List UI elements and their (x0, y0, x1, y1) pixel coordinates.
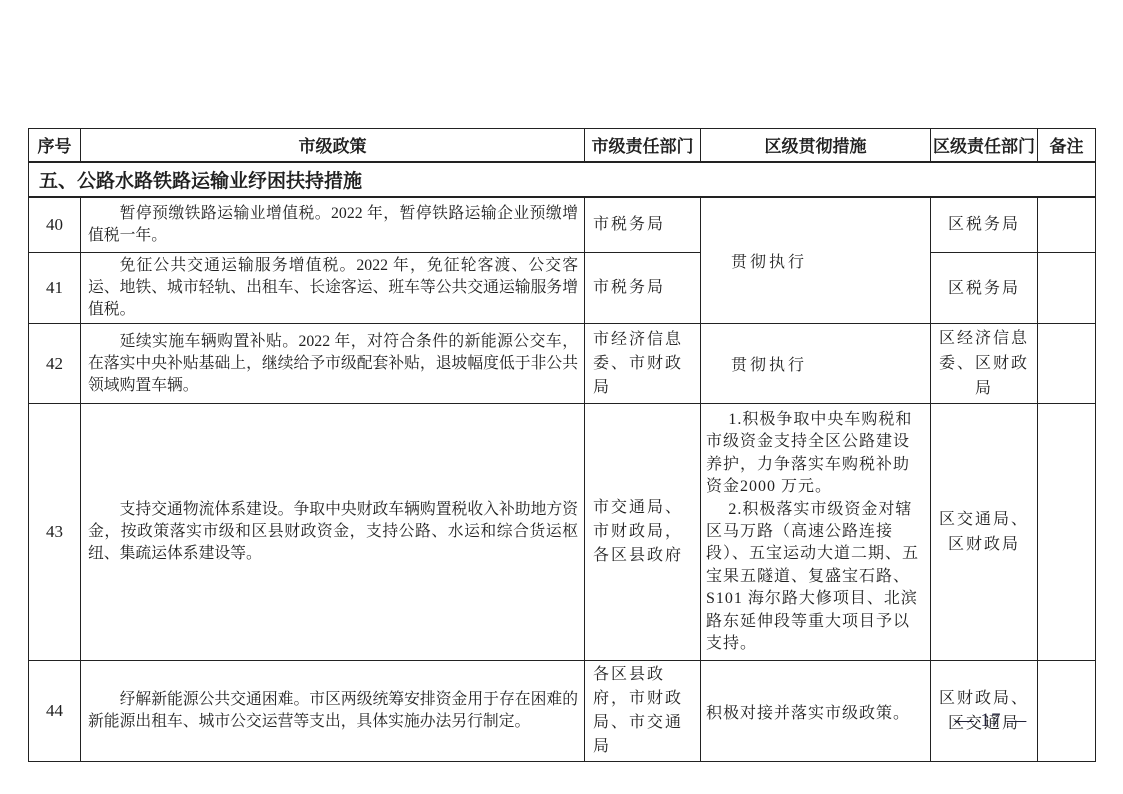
col-header-district-dept: 区级责任部门 (931, 129, 1038, 162)
serial-cell: 41 (29, 253, 81, 324)
remark-cell (1038, 324, 1096, 404)
policy-cell: 免征公共交通运输服务增值税。2022 年，免征轮客渡、公交客运、地铁、城市轻轨、… (81, 253, 585, 324)
col-header-city-dept: 市级责任部门 (585, 129, 701, 162)
policy-cell: 支持交通物流体系建设。争取中央财政车辆购置税收入补助地方资金，按政策落实市级和区… (81, 404, 585, 661)
district-measure-item-2: 2.积极落实市级资金对辖区马万路（高速公路连接段）、五宝运动大道二期、五宝果五隧… (706, 499, 926, 656)
district-measure-cell: 1.积极争取中央车购税和市级资金支持全区公路建设养护，力争落实车购税补助资金20… (701, 404, 931, 661)
policy-cell: 暂停预缴铁路运输业增值税。2022 年，暂停铁路运输企业预缴增值税一年。 (81, 197, 585, 253)
remark-cell (1038, 253, 1096, 324)
policy-table: 序号 市级政策 市级责任部门 区级贯彻措施 区级责任部门 备注 五、公路水路铁路… (28, 128, 1096, 762)
remark-cell (1038, 404, 1096, 661)
col-header-district-measure: 区级贯彻措施 (701, 129, 931, 162)
table-row-40: 40 暂停预缴铁路运输业增值税。2022 年，暂停铁路运输企业预缴增值税一年。 … (29, 197, 1096, 253)
district-measure-cell-merged: 贯彻执行 (701, 197, 931, 324)
policy-cell: 纾解新能源公共交通困难。市区两级统筹安排资金用于存在困难的新能源出租车、城市公交… (81, 661, 585, 762)
table-row-44: 44 纾解新能源公共交通困难。市区两级统筹安排资金用于存在困难的新能源出租车、城… (29, 661, 1096, 762)
serial-cell: 44 (29, 661, 81, 762)
city-dept-cell: 各区县政府，市财政局、市交通局 (585, 661, 701, 762)
district-dept-cell: 区经济信息委、区财政局 (931, 324, 1038, 404)
document-page: 序号 市级政策 市级责任部门 区级贯彻措施 区级责任部门 备注 五、公路水路铁路… (0, 0, 1123, 794)
table-row-41: 41 免征公共交通运输服务增值税。2022 年，免征轮客渡、公交客运、地铁、城市… (29, 253, 1096, 324)
section-title: 五、公路水路铁路运输业纾困扶持措施 (29, 162, 1096, 197)
district-measure-item-1: 1.积极争取中央车购税和市级资金支持全区公路建设养护，力争落实车购税补助资金20… (706, 409, 926, 499)
section-title-row: 五、公路水路铁路运输业纾困扶持措施 (29, 162, 1096, 197)
policy-cell: 延续实施车辆购置补贴。2022 年，对符合条件的新能源公交车，在落实中央补贴基础… (81, 324, 585, 404)
remark-cell (1038, 197, 1096, 253)
district-measure-cell: 积极对接并落实市级政策。 (701, 661, 931, 762)
district-measure-cell: 贯彻执行 (701, 324, 931, 404)
serial-cell: 43 (29, 404, 81, 661)
col-header-serial: 序号 (29, 129, 81, 162)
serial-cell: 40 (29, 197, 81, 253)
page-number: — 17 — (948, 710, 1034, 732)
city-dept-cell: 市交通局、市财政局，各区县政府 (585, 404, 701, 661)
table-row-43: 43 支持交通物流体系建设。争取中央财政车辆购置税收入补助地方资金，按政策落实市… (29, 404, 1096, 661)
table-header-row: 序号 市级政策 市级责任部门 区级贯彻措施 区级责任部门 备注 (29, 129, 1096, 162)
district-dept-cell: 区税务局 (931, 253, 1038, 324)
col-header-remark: 备注 (1038, 129, 1096, 162)
district-dept-cell: 区交通局、区财政局 (931, 404, 1038, 661)
city-dept-cell: 市税务局 (585, 197, 701, 253)
serial-cell: 42 (29, 324, 81, 404)
city-dept-cell: 市经济信息委、市财政局 (585, 324, 701, 404)
col-header-city-policy: 市级政策 (81, 129, 585, 162)
city-dept-cell: 市税务局 (585, 253, 701, 324)
remark-cell (1038, 661, 1096, 762)
district-dept-cell: 区税务局 (931, 197, 1038, 253)
table-row-42: 42 延续实施车辆购置补贴。2022 年，对符合条件的新能源公交车，在落实中央补… (29, 324, 1096, 404)
